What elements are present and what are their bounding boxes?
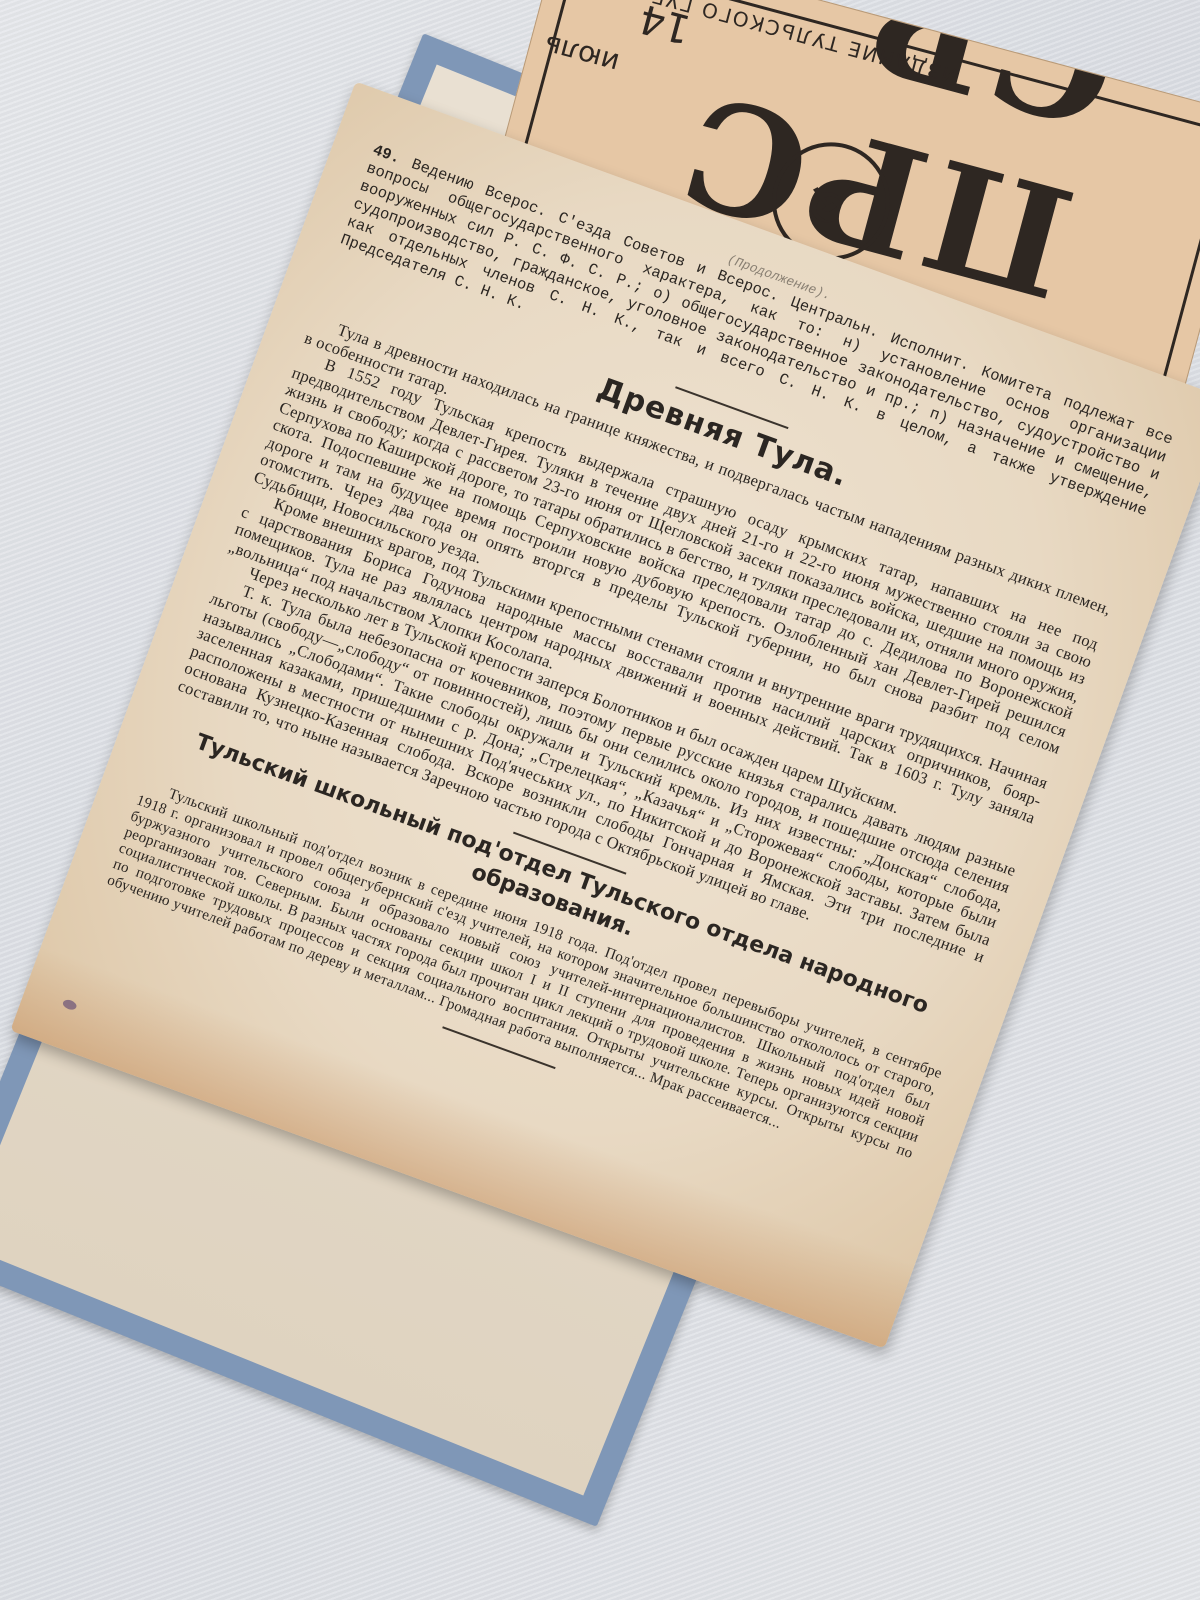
ink-stamp-mark [62,998,78,1011]
